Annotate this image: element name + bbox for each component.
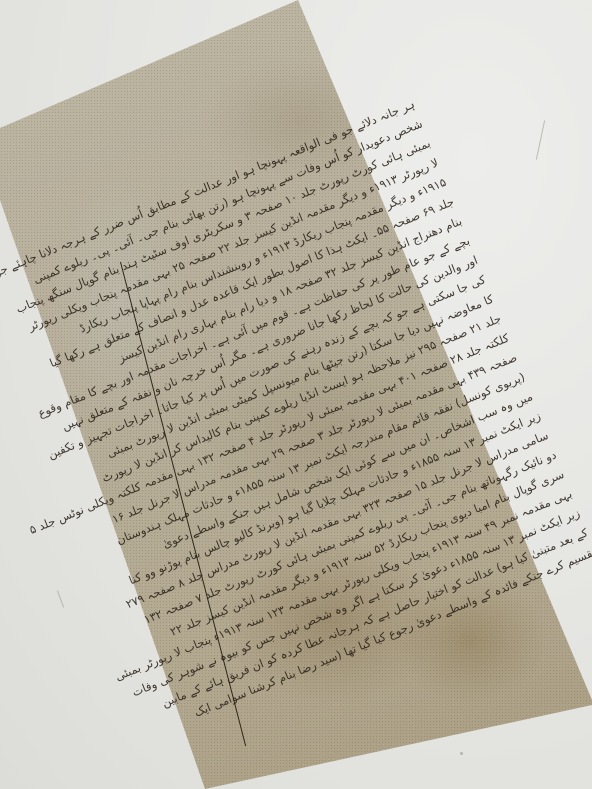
surface-scuff-mark xyxy=(460,752,463,755)
